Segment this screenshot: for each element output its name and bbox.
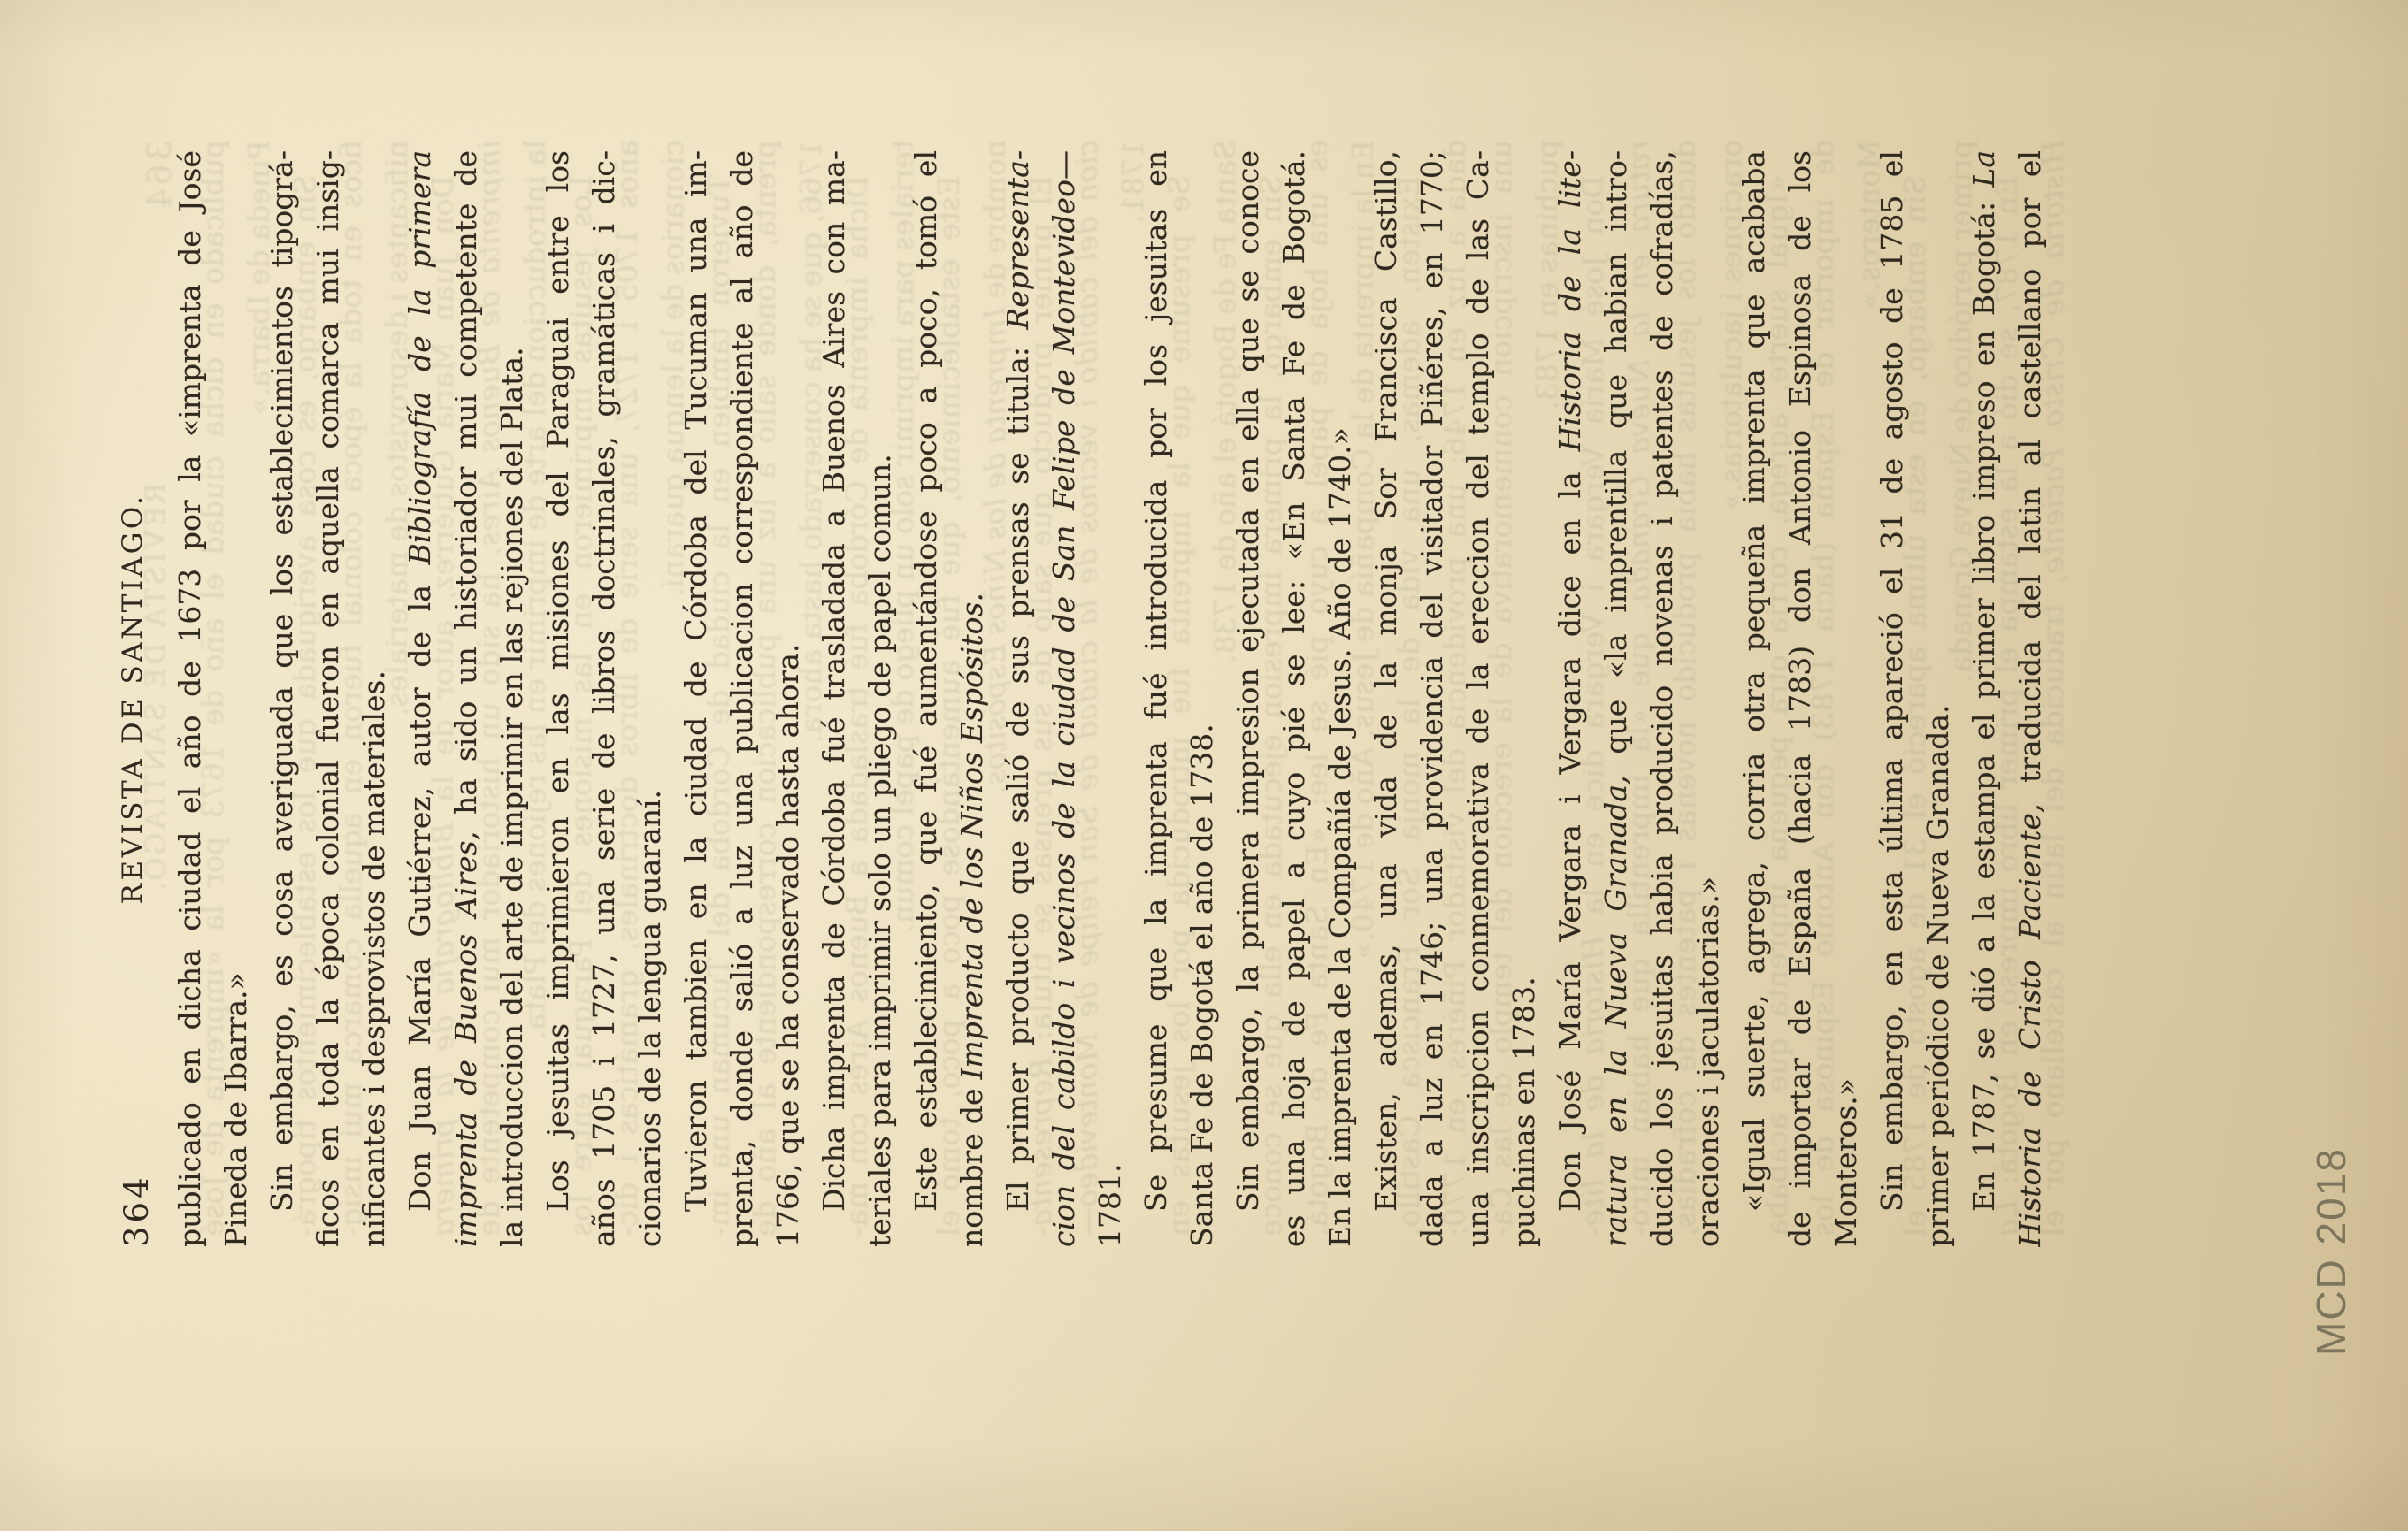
text-line: nombre de Imprenta de los Niños Espósito…: [949, 150, 995, 1247]
text-line: de importar de España (hacia 1783) don A…: [1777, 150, 1823, 1247]
rotated-page-content: 364 REVISTA DE SANTIAGO. publicado en di…: [0, 0, 2408, 1531]
text: años 1705 i 1727, una serie de libros do…: [587, 150, 621, 1247]
text: Los jesuitas imprimieron en las misiones…: [541, 150, 575, 1212]
italic-text: Imprenta de los Niños Espósitos.: [955, 593, 989, 1079]
text-line: Sin embargo, la primera impresion ejecut…: [1225, 150, 1271, 1247]
text: de importar de España (hacia 1783) don A…: [1783, 150, 1817, 1247]
text-line: Dicha imprenta de Córdoba fué trasladada…: [811, 150, 857, 1247]
text: ducido los jesuitas habia producido nove…: [1645, 150, 1679, 1247]
text: Santa Fe de Bogotá el año de 1738.: [1185, 723, 1219, 1247]
text: ficos en toda la época colonial fueron e…: [311, 150, 345, 1247]
italic-text: cion del cabildo i vecinos de la ciudad …: [1047, 150, 1081, 1247]
digitization-watermark: MCD 2018: [2307, 1144, 2355, 1356]
text-line: Se presume que la imprenta fué introduci…: [1133, 150, 1179, 1247]
text-line: cion del cabildo i vecinos de la ciudad …: [1041, 150, 1087, 1247]
text: Tuvieron tambien en la ciudad de Córdoba…: [679, 150, 713, 1212]
text: que «la imprentilla que habian intro-: [1599, 150, 1633, 775]
text-line: ficos en toda la época colonial fueron e…: [305, 150, 351, 1247]
italic-text: ratura en la Nueva Granada,: [1599, 775, 1633, 1247]
text: nificantes i desprovistos de materiales.: [357, 670, 391, 1247]
text: la introduccion del arte de imprimir en …: [495, 347, 529, 1247]
text-lines: publicado en dicha ciudad el año de 1673…: [167, 150, 2053, 1247]
italic-text: imprenta de Buenos Aires,: [449, 831, 483, 1247]
text: En 1787, se dió a la estampa el primer l…: [1967, 188, 2001, 1212]
text-line: «Igual suerte, agrega, corria otra peque…: [1731, 150, 1777, 1247]
text-line: es una hoja de papel a cuyo pié se lee: …: [1271, 150, 1317, 1247]
page-text-block: 364 REVISTA DE SANTIAGO. publicado en di…: [110, 150, 2053, 1247]
text: «Igual suerte, agrega, corria otra peque…: [1737, 150, 1771, 1212]
text: Don José María Vergara i Vergara dice en…: [1553, 451, 1587, 1212]
text: traducida del latin al castellano por el: [2013, 150, 2047, 803]
text: Sin embargo, en esta última apareció el …: [1875, 150, 1909, 1212]
text-line: Los jesuitas imprimieron en las misiones…: [535, 150, 581, 1247]
text: una inscripcion conmemorativa de la erec…: [1461, 150, 1495, 1247]
text-line: Monteros.»: [1823, 150, 1869, 1247]
italic-text: Representa-: [1001, 150, 1035, 330]
text-line: primer periódico de Nueva Granada.: [1915, 150, 1961, 1247]
text-line: Don Juan María Gutiérrez, autor de la Bi…: [397, 150, 443, 1247]
running-head-title: REVISTA DE SANTIAGO.: [110, 150, 156, 1247]
text: cionarios de la lengua guaraní.: [633, 790, 667, 1247]
text-line: Pineda de Ibarra.»: [213, 150, 259, 1247]
text: Don Juan María Gutiérrez, autor de la: [403, 564, 437, 1212]
text: es una hoja de papel a cuyo pié se lee: …: [1277, 150, 1311, 1247]
text: teriales para imprimir solo un pliego de…: [863, 454, 897, 1247]
text: Pineda de Ibarra.»: [219, 972, 253, 1247]
text: puchinas en 1783.: [1507, 976, 1541, 1247]
text-line: 1766, que se ha conservado hasta ahora.: [765, 150, 811, 1247]
text: primer periódico de Nueva Granada.: [1921, 704, 1955, 1247]
text: publicado en dicha ciudad el año de 1673…: [173, 150, 207, 1247]
text-line: años 1705 i 1727, una serie de libros do…: [581, 150, 627, 1247]
text: Sin embargo, es cosa averiguada que los …: [265, 150, 299, 1212]
text: oraciones i jaculatorias.»: [1691, 876, 1725, 1247]
text: ha sido un historiador mui competente de: [449, 150, 483, 831]
text-line: Sin embargo, en esta última apareció el …: [1869, 150, 1915, 1247]
text-line: Santa Fe de Bogotá el año de 1738.: [1179, 150, 1225, 1247]
text-line: publicado en dicha ciudad el año de 1673…: [167, 150, 213, 1247]
text-line: teriales para imprimir solo un pliego de…: [857, 150, 903, 1247]
text-line: dada a luz en 1746; una providencia del …: [1409, 150, 1455, 1247]
text-line: ratura en la Nueva Granada, que «la impr…: [1593, 150, 1639, 1247]
italic-text: Bibliografía de la primera: [403, 150, 437, 564]
text-line: la introduccion del arte de imprimir en …: [489, 150, 535, 1247]
text: dada a luz en 1746; una providencia del …: [1415, 150, 1449, 1247]
text-line: ducido los jesuitas habia producido nove…: [1639, 150, 1685, 1247]
text-line: Existen, ademas, una vida de la monja So…: [1363, 150, 1409, 1247]
text-line: Historia de Cristo Paciente, traducida d…: [2007, 150, 2053, 1247]
text: nombre de: [955, 1080, 989, 1247]
text-line: cionarios de la lengua guaraní.: [627, 150, 673, 1247]
text-line: Tuvieron tambien en la ciudad de Córdoba…: [673, 150, 719, 1247]
text: Existen, ademas, una vida de la monja So…: [1369, 150, 1403, 1212]
text-line: Don José María Vergara i Vergara dice en…: [1547, 150, 1593, 1247]
page-number: 364: [114, 1174, 160, 1247]
text: 1781.: [1093, 1164, 1127, 1247]
text: Se presume que la imprenta fué introduci…: [1139, 150, 1173, 1212]
text-line: puchinas en 1783.: [1501, 150, 1547, 1247]
text: Monteros.»: [1829, 1078, 1863, 1247]
text-line: nificantes i desprovistos de materiales.: [351, 150, 397, 1247]
text: Dicha imprenta de Córdoba fué trasladada…: [817, 150, 851, 1212]
text: prenta, donde salió a luz una publicacio…: [725, 150, 759, 1247]
running-head: 364 REVISTA DE SANTIAGO.: [110, 150, 156, 1247]
text-line: imprenta de Buenos Aires, ha sido un his…: [443, 150, 489, 1247]
italic-text: Historia de la lite-: [1553, 150, 1587, 451]
text-line: En 1787, se dió a la estampa el primer l…: [1961, 150, 2007, 1247]
text-line: una inscripcion conmemorativa de la erec…: [1455, 150, 1501, 1247]
text-line: 1781.: [1087, 150, 1133, 1247]
text-line: El primer producto que salió de sus pren…: [995, 150, 1041, 1247]
text: El primer producto que salió de sus pren…: [1001, 330, 1035, 1212]
text: Este establecimiento, que fué aumentándo…: [909, 150, 943, 1212]
text-line: prenta, donde salió a luz una publicacio…: [719, 150, 765, 1247]
text: En la imprenta de la Compañía de Jesus. …: [1323, 427, 1357, 1247]
text-line: Este establecimiento, que fué aumentándo…: [903, 150, 949, 1247]
text-line: Sin embargo, es cosa averiguada que los …: [259, 150, 305, 1247]
text-line: oraciones i jaculatorias.»: [1685, 150, 1731, 1247]
text-line: En la imprenta de la Compañía de Jesus. …: [1317, 150, 1363, 1247]
italic-text: La: [1967, 150, 2001, 188]
book-page-scan: 364 REVISTA DE SANTIAGO. publicado en di…: [0, 0, 2408, 1531]
text: Sin embargo, la primera impresion ejecut…: [1231, 150, 1265, 1212]
text: 1766, que se ha conservado hasta ahora.: [771, 644, 805, 1247]
italic-text: Historia de Cristo Paciente,: [2013, 803, 2047, 1247]
